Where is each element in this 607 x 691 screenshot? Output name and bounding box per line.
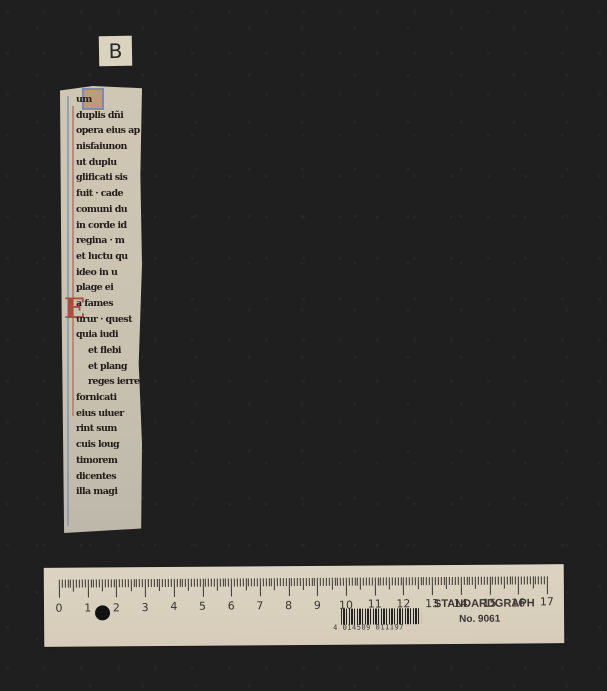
ruler-tick bbox=[343, 578, 344, 586]
ruler-tick bbox=[374, 578, 375, 596]
manuscript-line: et luctu qu bbox=[76, 249, 142, 265]
manuscript-line: urur · quest bbox=[76, 312, 142, 328]
ruler-tick bbox=[248, 578, 249, 586]
ruler-tick bbox=[529, 576, 530, 584]
ruler-tick bbox=[461, 577, 462, 595]
ruler-tick bbox=[415, 577, 416, 585]
ruler-tick-label: 4 bbox=[170, 600, 177, 613]
ruler-tick bbox=[360, 578, 361, 590]
manuscript-line: glificati sis bbox=[76, 170, 142, 186]
manuscript-line: um bbox=[76, 92, 142, 108]
manuscript-line: regina · m bbox=[76, 233, 142, 249]
ruler-tick bbox=[380, 577, 381, 585]
ruler-tick bbox=[205, 579, 206, 587]
ruler-tick bbox=[337, 578, 338, 586]
ruler-tick bbox=[389, 577, 390, 589]
ruler-tick bbox=[96, 579, 97, 587]
ruler-tick bbox=[228, 579, 229, 587]
ruler-tick bbox=[268, 578, 269, 586]
ruler-tick bbox=[231, 579, 232, 597]
manuscript-line: a fames bbox=[76, 296, 142, 312]
ruler-tick bbox=[182, 579, 183, 587]
ruler-tick bbox=[524, 576, 525, 584]
ruler-tick bbox=[105, 579, 106, 587]
ruler-tick bbox=[326, 578, 327, 586]
ruler-tick bbox=[334, 578, 335, 586]
ruler-tick bbox=[122, 579, 123, 587]
ruler-tick bbox=[263, 578, 264, 586]
ruler-tick bbox=[412, 577, 413, 585]
manuscript-line: fuit · cade bbox=[76, 186, 142, 202]
ruler-tick bbox=[311, 578, 312, 586]
ruler-tick bbox=[449, 577, 450, 585]
ruler-tick bbox=[202, 579, 203, 597]
ruler-tick bbox=[93, 579, 94, 587]
manuscript-line: et flebi bbox=[76, 343, 142, 359]
ruler-tick bbox=[234, 578, 235, 586]
ruler-tick bbox=[225, 579, 226, 587]
ruler-tick bbox=[426, 577, 427, 585]
ruler-tick bbox=[108, 579, 109, 587]
ruler-tick bbox=[357, 578, 358, 586]
ruler-tick bbox=[113, 579, 114, 587]
ruler-tick bbox=[492, 577, 493, 585]
ruler-tick bbox=[406, 577, 407, 585]
ruler-tick bbox=[242, 578, 243, 586]
ruler-tick bbox=[478, 577, 479, 585]
ruler-tick bbox=[154, 579, 155, 587]
ruler-tick bbox=[441, 577, 442, 585]
ruler-tick bbox=[475, 577, 476, 589]
ruler-tick bbox=[88, 580, 89, 598]
ruler-tick bbox=[99, 579, 100, 587]
ruler-tick bbox=[547, 576, 548, 594]
ruler-tick-label: 6 bbox=[228, 600, 235, 613]
ruler-tick bbox=[222, 579, 223, 587]
ruler-tick bbox=[291, 578, 292, 586]
ruler-tick bbox=[498, 577, 499, 585]
ruler-tick bbox=[162, 579, 163, 587]
ruler-tick bbox=[85, 580, 86, 588]
ruler-model: No. 9061 bbox=[459, 614, 500, 625]
ruler-tick bbox=[432, 577, 433, 595]
specimen-label-card: B bbox=[99, 36, 133, 67]
ruler-tick bbox=[532, 576, 533, 588]
ruler-tick bbox=[133, 579, 134, 587]
manuscript-line: in corde id bbox=[76, 218, 142, 234]
ruler-tick bbox=[535, 576, 536, 584]
ruler-tick bbox=[271, 578, 272, 586]
manuscript-text: umduplis dñiopera eius apnisfaiunonut du… bbox=[76, 92, 142, 500]
ruler-tick bbox=[197, 579, 198, 587]
ruler-tick bbox=[288, 578, 289, 596]
ruler-tick bbox=[300, 578, 301, 586]
ruler-tick bbox=[151, 579, 152, 587]
ruler-tick bbox=[73, 580, 74, 592]
ruler-tick bbox=[369, 578, 370, 586]
ruler-tick bbox=[377, 577, 378, 585]
ruler-tick bbox=[179, 579, 180, 587]
ruler-tick bbox=[159, 579, 160, 591]
ruler-tick-label: 2 bbox=[113, 601, 120, 614]
ruler-tick bbox=[495, 577, 496, 585]
ruler-tick bbox=[446, 577, 447, 589]
ruler-tick bbox=[418, 577, 419, 589]
ruler-tick bbox=[323, 578, 324, 586]
ruler-tick bbox=[484, 577, 485, 585]
ruler-tick bbox=[128, 579, 129, 587]
ruler-tick bbox=[386, 577, 387, 585]
ruler-tick bbox=[466, 577, 467, 585]
ruler-tick bbox=[435, 577, 436, 585]
ruler-tick bbox=[423, 577, 424, 585]
ruler-tick bbox=[145, 579, 146, 597]
ruler-tick bbox=[489, 577, 490, 595]
ruler-tick bbox=[119, 579, 120, 587]
ruler-tick bbox=[509, 577, 510, 585]
ruler-tick bbox=[199, 579, 200, 587]
ruler-tick bbox=[283, 578, 284, 586]
ruler-tick bbox=[501, 577, 502, 585]
ruler-tick bbox=[541, 576, 542, 584]
ruler-tick bbox=[472, 577, 473, 585]
ruler-tick bbox=[65, 580, 66, 588]
manuscript-line: comuni du bbox=[76, 202, 142, 218]
ruler-tick bbox=[62, 580, 63, 588]
ruler-tick bbox=[294, 578, 295, 586]
barcode-number: 4 014509 011197 bbox=[333, 623, 404, 631]
ruler-tick bbox=[176, 579, 177, 587]
ruler-tick bbox=[139, 579, 140, 587]
ruler-tick bbox=[76, 580, 77, 588]
ruler-tick bbox=[214, 579, 215, 587]
ruler-tick bbox=[538, 576, 539, 584]
ruler-tick bbox=[168, 579, 169, 587]
specimen-label-text: B bbox=[108, 39, 122, 63]
ruler-tick bbox=[79, 580, 80, 588]
ruler-tick bbox=[245, 578, 246, 590]
ruler-tick bbox=[125, 579, 126, 587]
ruler-tick bbox=[116, 579, 117, 597]
ruler-tick bbox=[320, 578, 321, 586]
ruler-tick bbox=[148, 579, 149, 587]
ruler-tick bbox=[220, 579, 221, 587]
ruler-tick bbox=[400, 577, 401, 585]
ruler-tick bbox=[329, 578, 330, 586]
ruler-tick bbox=[314, 578, 315, 586]
ruler-tick bbox=[504, 577, 505, 589]
ruler-tick bbox=[521, 576, 522, 584]
ruler-tick bbox=[306, 578, 307, 586]
red-border-flourish bbox=[72, 106, 74, 416]
ruler-tick bbox=[366, 578, 367, 586]
ruler-tick-label: 7 bbox=[256, 599, 263, 612]
ruler-tick bbox=[515, 577, 516, 585]
manuscript-line: reges ierre bbox=[76, 374, 142, 390]
ruler-tick bbox=[352, 578, 353, 586]
ruler-tick bbox=[452, 577, 453, 585]
ruler-tick-label: 3 bbox=[142, 601, 149, 614]
ruler-tick bbox=[277, 578, 278, 586]
manuscript-fragment: E umduplis dñiopera eius apnisfaiunonut … bbox=[60, 86, 142, 533]
ruler-tick bbox=[171, 579, 172, 587]
ruler-tick bbox=[136, 579, 137, 587]
manuscript-line: duplis dñi bbox=[76, 108, 142, 124]
ruler-tick bbox=[527, 576, 528, 584]
ruler-tick bbox=[251, 578, 252, 586]
manuscript-line: fornicati bbox=[76, 390, 142, 406]
ruler-tick bbox=[59, 580, 60, 598]
ruler-tick bbox=[240, 578, 241, 586]
ruler-hanging-hole bbox=[95, 605, 110, 620]
manuscript-line: quia iudi bbox=[76, 327, 142, 343]
ruler-tick bbox=[512, 577, 513, 585]
ruler-tick bbox=[110, 579, 111, 587]
manuscript-line: plage ei bbox=[76, 280, 142, 296]
ruler-tick bbox=[463, 577, 464, 585]
ruler-tick bbox=[349, 578, 350, 586]
ruler-tick bbox=[254, 578, 255, 586]
manuscript-line: nisfaiunon bbox=[76, 139, 142, 155]
ruler-tick bbox=[260, 578, 261, 596]
ruler-tick bbox=[286, 578, 287, 586]
manuscript-line: rint sum bbox=[76, 421, 142, 437]
ruler-tick bbox=[142, 579, 143, 587]
ruler-tick bbox=[102, 579, 103, 591]
manuscript-line: et plang bbox=[76, 359, 142, 375]
ruler-brand: STANDARDGRAPH bbox=[434, 597, 535, 610]
ruler-tick bbox=[346, 578, 347, 596]
ruler-tick bbox=[165, 579, 166, 587]
ruler-tick bbox=[544, 576, 545, 584]
manuscript-line: timorem bbox=[76, 453, 142, 469]
ruler-tick-label: 5 bbox=[199, 600, 206, 613]
ruler-tick bbox=[174, 579, 175, 597]
ruler-tick bbox=[217, 579, 218, 591]
ruler-tick bbox=[392, 577, 393, 585]
ruler-tick bbox=[257, 578, 258, 586]
ruler-tick bbox=[383, 577, 384, 585]
ruler-tick bbox=[185, 579, 186, 587]
ruler-tick bbox=[297, 578, 298, 586]
manuscript-line: cuis loug bbox=[76, 437, 142, 453]
ruler-tick bbox=[208, 579, 209, 587]
ruler-tick bbox=[438, 577, 439, 585]
ruler-tick bbox=[82, 580, 83, 588]
ruler-tick bbox=[303, 578, 304, 590]
ruler-tick bbox=[507, 577, 508, 585]
manuscript-line: illa magi bbox=[76, 484, 142, 500]
ruler-tick bbox=[409, 577, 410, 585]
ruler-tick bbox=[211, 579, 212, 587]
manuscript-line: opera eius ap bbox=[76, 123, 142, 139]
ruler-tick-label: 9 bbox=[314, 599, 321, 612]
ruler-tick bbox=[363, 578, 364, 586]
ruler-tick bbox=[372, 578, 373, 586]
manuscript-line: ideo in u bbox=[76, 265, 142, 281]
ruler-tick bbox=[156, 579, 157, 587]
manuscript-line: dicentes bbox=[76, 469, 142, 485]
ruler-tick bbox=[443, 577, 444, 585]
ruler-tick-label: 8 bbox=[285, 599, 292, 612]
ruler-tick bbox=[331, 578, 332, 590]
ruler-tick-label: 0 bbox=[55, 602, 62, 615]
manuscript-line: ut duplu bbox=[76, 155, 142, 171]
ruler-tick bbox=[518, 576, 519, 594]
ruler-tick bbox=[274, 578, 275, 590]
ruler-tick bbox=[420, 577, 421, 585]
ruler-tick bbox=[458, 577, 459, 585]
ruler-tick bbox=[340, 578, 341, 586]
ruler-tick bbox=[469, 577, 470, 585]
ruler-tick bbox=[354, 578, 355, 586]
manuscript-line: eius uiuer bbox=[76, 406, 142, 422]
ruler-tick bbox=[191, 579, 192, 587]
ruler-tick bbox=[429, 577, 430, 585]
ruler-tick bbox=[265, 578, 266, 586]
ruler-tick-label: 17 bbox=[540, 596, 554, 609]
ruler-tick bbox=[237, 578, 238, 586]
ruler-tick bbox=[455, 577, 456, 585]
ruler-tick-label: 1 bbox=[84, 601, 91, 614]
ruler-tick bbox=[131, 579, 132, 591]
barcode bbox=[341, 608, 421, 625]
ruler-tick bbox=[486, 577, 487, 585]
ruler-tick bbox=[70, 580, 71, 588]
ruler-tick bbox=[280, 578, 281, 586]
ruler-tick bbox=[403, 577, 404, 595]
ruler-tick bbox=[188, 579, 189, 591]
ruler-tick bbox=[308, 578, 309, 586]
ruler-tick bbox=[317, 578, 318, 596]
ruler-tick bbox=[481, 577, 482, 585]
ruler-tick bbox=[395, 577, 396, 585]
ruler-tick bbox=[194, 579, 195, 587]
ruler-tick bbox=[67, 580, 68, 588]
ruler-scale: 01234567891011121314151617 bbox=[59, 576, 559, 599]
ruler-tick bbox=[90, 579, 91, 587]
ruler-tick bbox=[397, 577, 398, 585]
measurement-ruler: 01234567891011121314151617 4 014509 0111… bbox=[44, 564, 565, 647]
